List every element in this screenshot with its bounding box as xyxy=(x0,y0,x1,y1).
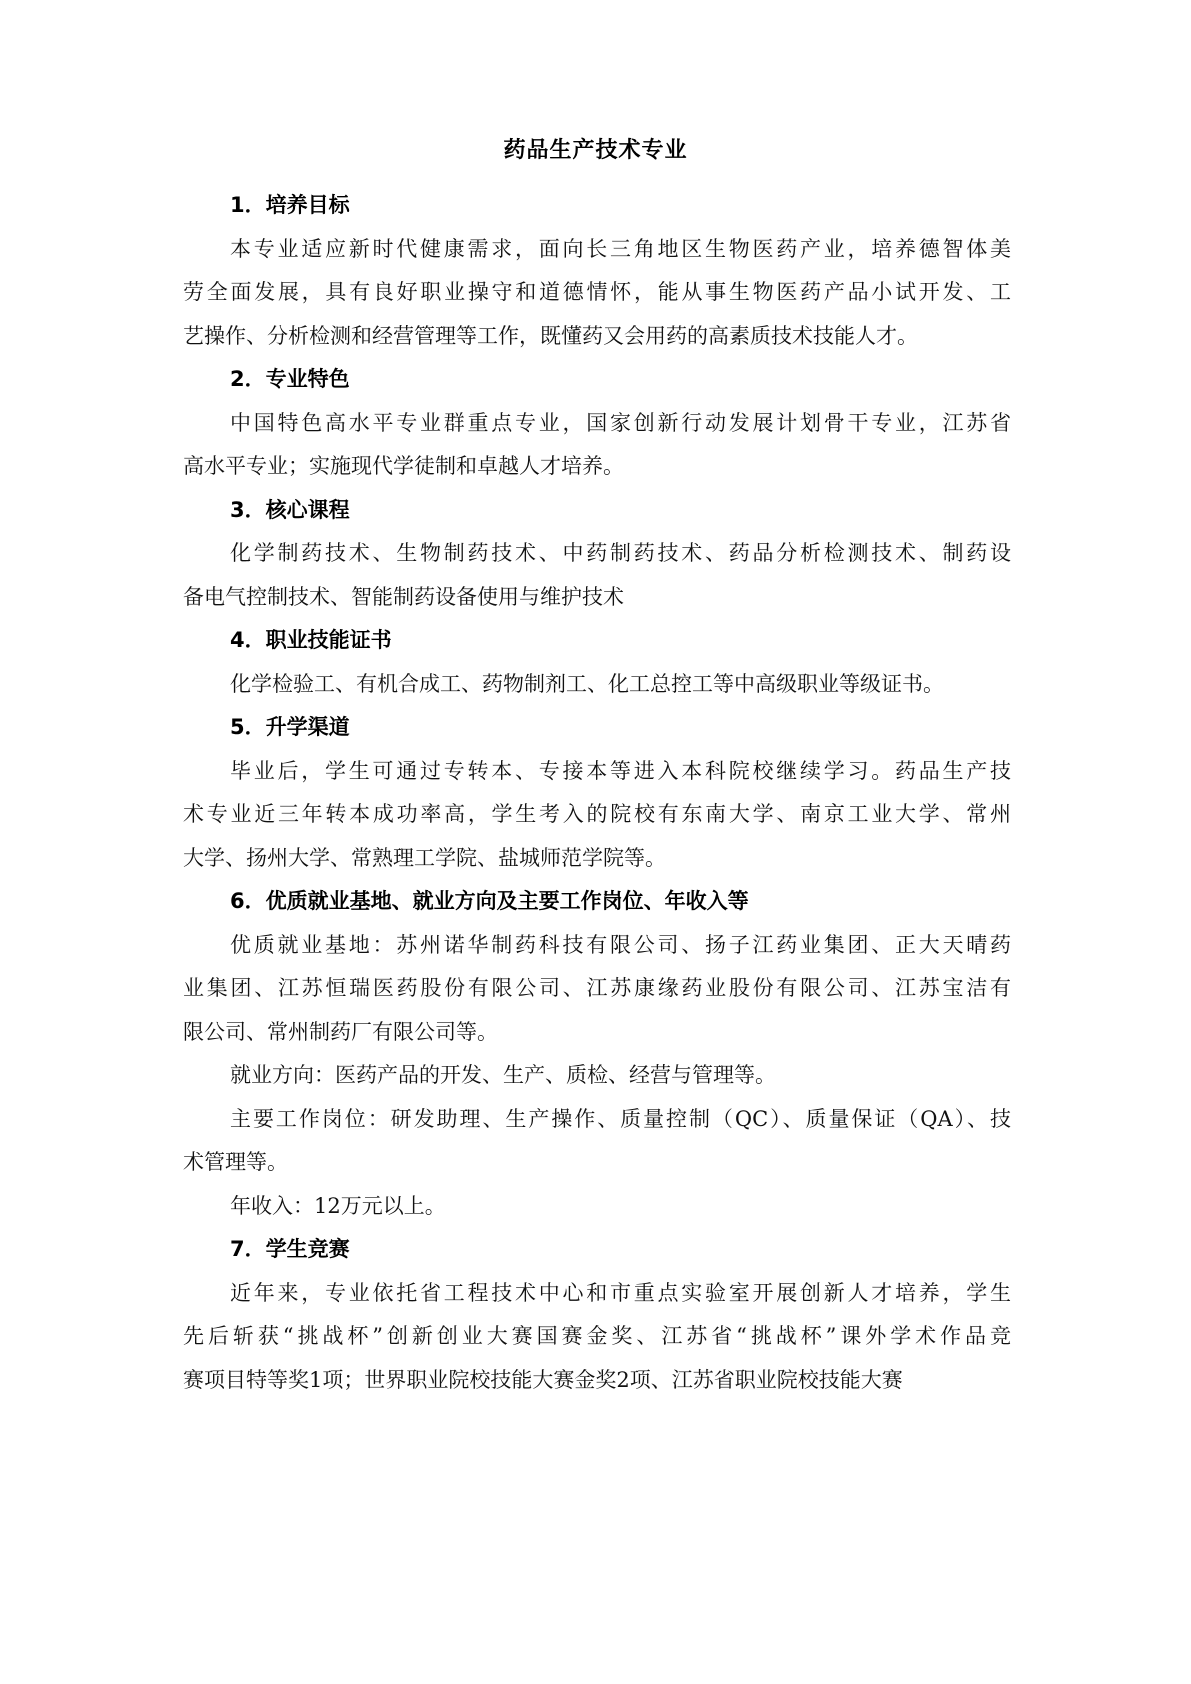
section-1: 1．培养目标本专业适应新时代健康需求，面向长三角地区生物医药产业，培养德智体美劳… xyxy=(183,184,1011,358)
paragraph: 就业方向：医药产品的开发、生产、质检、经营与管理等。 xyxy=(183,1054,1011,1098)
section-heading: 1．培养目标 xyxy=(183,184,1011,228)
paragraph-line: 术专业近三年转本成功率高，学生考入的院校有东南大学、南京工业大学、常州 xyxy=(183,793,1011,837)
paragraph-line: 优质就业基地：苏州诺华制药科技有限公司、扬子江药业集团、正大天晴药 xyxy=(183,924,1011,968)
paragraph-line: 艺操作、分析检测和经营管理等工作，既懂药又会用药的高素质技术技能人才。 xyxy=(183,315,1011,359)
document-title: 药品生产技术专业 xyxy=(0,136,1191,166)
paragraph: 优质就业基地：苏州诺华制药科技有限公司、扬子江药业集团、正大天晴药业集团、江苏恒… xyxy=(183,924,1011,1055)
paragraph-line: 就业方向：医药产品的开发、生产、质检、经营与管理等。 xyxy=(183,1054,1011,1098)
section-7: 7．学生竞赛近年来，专业依托省工程技术中心和市重点实验室开展创新人才培养，学生先… xyxy=(183,1228,1011,1402)
section-heading: 6．优质就业基地、就业方向及主要工作岗位、年收入等 xyxy=(183,880,1011,924)
paragraph-line: 中国特色高水平专业群重点专业，国家创新行动发展计划骨干专业，江苏省 xyxy=(183,402,1011,446)
section-heading: 7．学生竞赛 xyxy=(183,1228,1011,1272)
paragraph-line: 大学、扬州大学、常熟理工学院、盐城师范学院等。 xyxy=(183,837,1011,881)
paragraph-line: 主要工作岗位：研发助理、生产操作、质量控制（QC）、质量保证（QA）、技 xyxy=(183,1098,1011,1142)
paragraph-line: 近年来，专业依托省工程技术中心和市重点实验室开展创新人才培养，学生 xyxy=(183,1272,1011,1316)
section-6: 6．优质就业基地、就业方向及主要工作岗位、年收入等优质就业基地：苏州诺华制药科技… xyxy=(183,880,1011,1228)
section-3: 3．核心课程化学制药技术、生物制药技术、中药制药技术、药品分析检测技术、制药设备… xyxy=(183,489,1011,620)
paragraph-line: 年收入：12万元以上。 xyxy=(183,1185,1011,1229)
paragraph: 化学检验工、有机合成工、药物制剂工、化工总控工等中高级职业等级证书。 xyxy=(183,663,1011,707)
paragraph-line: 备电气控制技术、智能制药设备使用与维护技术 xyxy=(183,576,1011,620)
section-heading: 4．职业技能证书 xyxy=(183,619,1011,663)
paragraph: 毕业后，学生可通过专转本、专接本等进入本科院校继续学习。药品生产技术专业近三年转… xyxy=(183,750,1011,881)
paragraph-line: 本专业适应新时代健康需求，面向长三角地区生物医药产业，培养德智体美 xyxy=(183,228,1011,272)
document-body: 1．培养目标本专业适应新时代健康需求，面向长三角地区生物医药产业，培养德智体美劳… xyxy=(183,184,1011,1402)
paragraph-line: 限公司、常州制药厂有限公司等。 xyxy=(183,1011,1011,1055)
paragraph-line: 毕业后，学生可通过专转本、专接本等进入本科院校继续学习。药品生产技 xyxy=(183,750,1011,794)
paragraph: 本专业适应新时代健康需求，面向长三角地区生物医药产业，培养德智体美劳全面发展，具… xyxy=(183,228,1011,359)
paragraph-line: 化学检验工、有机合成工、药物制剂工、化工总控工等中高级职业等级证书。 xyxy=(183,663,1011,707)
paragraph: 主要工作岗位：研发助理、生产操作、质量控制（QC）、质量保证（QA）、技术管理等… xyxy=(183,1098,1011,1185)
paragraph-line: 术管理等。 xyxy=(183,1141,1011,1185)
paragraph: 化学制药技术、生物制药技术、中药制药技术、药品分析检测技术、制药设备电气控制技术… xyxy=(183,532,1011,619)
paragraph-line: 先后斩获“挑战杯”创新创业大赛国赛金奖、江苏省“挑战杯”课外学术作品竞 xyxy=(183,1315,1011,1359)
paragraph: 中国特色高水平专业群重点专业，国家创新行动发展计划骨干专业，江苏省高水平专业；实… xyxy=(183,402,1011,489)
paragraph-line: 赛项目特等奖1项；世界职业院校技能大赛金奖2项、江苏省职业院校技能大赛 xyxy=(183,1359,1011,1403)
section-5: 5．升学渠道毕业后，学生可通过专转本、专接本等进入本科院校继续学习。药品生产技术… xyxy=(183,706,1011,880)
paragraph: 近年来，专业依托省工程技术中心和市重点实验室开展创新人才培养，学生先后斩获“挑战… xyxy=(183,1272,1011,1403)
paragraph-line: 高水平专业；实施现代学徒制和卓越人才培养。 xyxy=(183,445,1011,489)
section-4: 4．职业技能证书化学检验工、有机合成工、药物制剂工、化工总控工等中高级职业等级证… xyxy=(183,619,1011,706)
paragraph: 年收入：12万元以上。 xyxy=(183,1185,1011,1229)
section-heading: 2．专业特色 xyxy=(183,358,1011,402)
paragraph-line: 业集团、江苏恒瑞医药股份有限公司、江苏康缘药业股份有限公司、江苏宝洁有 xyxy=(183,967,1011,1011)
paragraph-line: 化学制药技术、生物制药技术、中药制药技术、药品分析检测技术、制药设 xyxy=(183,532,1011,576)
section-heading: 5．升学渠道 xyxy=(183,706,1011,750)
section-heading: 3．核心课程 xyxy=(183,489,1011,533)
section-2: 2．专业特色中国特色高水平专业群重点专业，国家创新行动发展计划骨干专业，江苏省高… xyxy=(183,358,1011,489)
paragraph-line: 劳全面发展，具有良好职业操守和道德情怀，能从事生物医药产品小试开发、工 xyxy=(183,271,1011,315)
document-page: 药品生产技术专业 1．培养目标本专业适应新时代健康需求，面向长三角地区生物医药产… xyxy=(0,0,1191,1684)
